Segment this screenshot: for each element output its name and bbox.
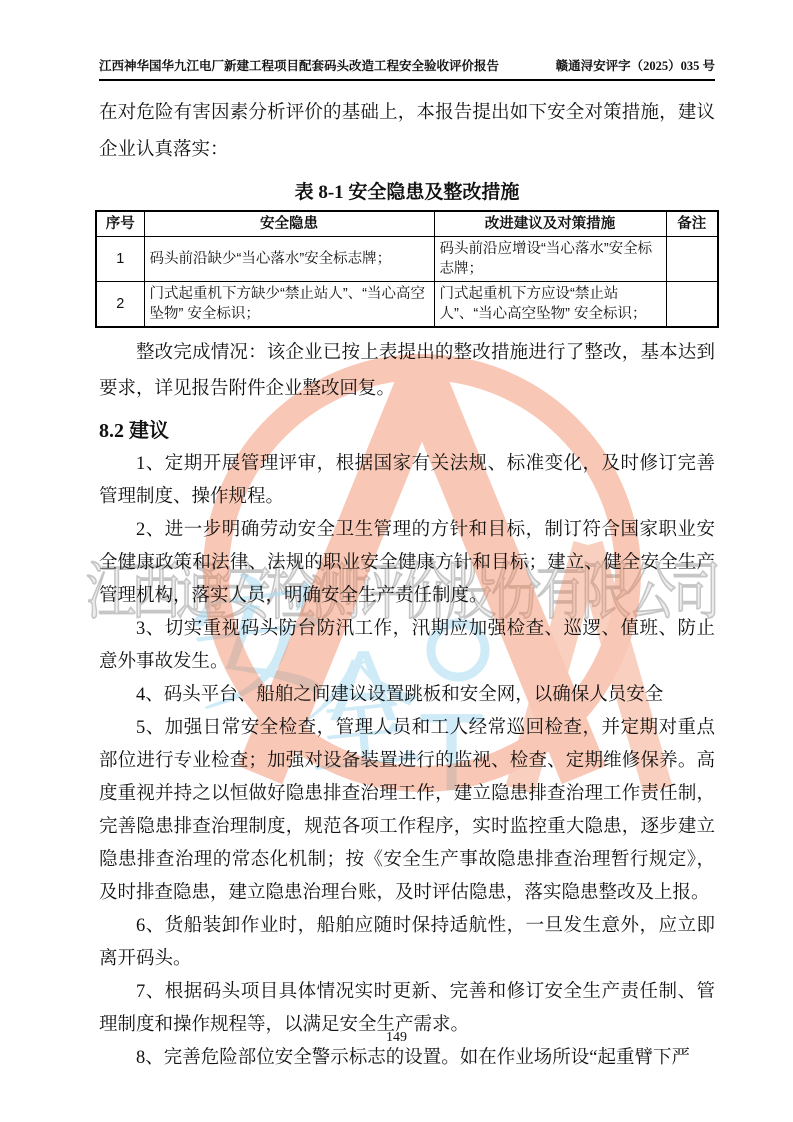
page-number: 149 (0, 1030, 793, 1046)
table-row: 2 门式起重机下方缺少“禁止站人”、“当心高空坠物” 安全标识； 门式起重机下方… (96, 282, 718, 328)
cell-measure: 门式起重机下方应设“禁止站人”、“当心高空坠物” 安全标识； (434, 282, 666, 328)
document-number: 赣通浔安评字（2025）035 号 (556, 56, 715, 74)
suggestion-item: 5、加强日常安全检查，管理人员和工人经常巡回检查，并定期对重点部位进行专业检查；… (99, 712, 715, 910)
cell-no: 2 (96, 282, 144, 328)
cell-measure: 码头前沿应增设“当心落水”安全标志牌； (434, 237, 666, 282)
cell-no: 1 (96, 237, 144, 282)
col-header-measure: 改进建议及对策措施 (434, 211, 666, 237)
cell-note (666, 282, 718, 328)
completion-paragraph: 整改完成情况：该企业已按上表提出的整改措施进行了整改，基本达到要求，详见报告附件… (99, 335, 715, 407)
page-header: 江西神华国华九江电厂新建工程项目配套码头改造工程安全验收评价报告 赣通浔安评字（… (99, 56, 715, 81)
suggestion-item: 3、切实重视码头防台防汛工作，汛期应加强检查、巡逻、值班、防止意外事故发生。 (99, 613, 715, 679)
table-caption: 表 8-1 安全隐患及整改措施 (99, 177, 715, 204)
section-heading: 8.2 建议 (99, 414, 715, 443)
hazards-table: 序号 安全隐患 改进建议及对策措施 备注 1 码头前沿缺少“当心落水”安全标志牌… (95, 210, 719, 328)
cell-hazard: 门式起重机下方缺少“禁止站人”、“当心高空坠物” 安全标识； (144, 282, 434, 328)
suggestion-item: 8、完善危险部位安全警示标志的设置。如在作业场所设“起重臂下严 (99, 1042, 715, 1075)
cell-note (666, 237, 718, 282)
suggestion-item: 2、进一步明确劳动安全卫生管理的方针和目标，制订符合国家职业安全健康政策和法律、… (99, 514, 715, 613)
report-page: 江西通安检测评价股份有限公司 江西神华国华九江电厂新建工程项目配套码头改造工程安… (0, 0, 793, 1122)
col-header-note: 备注 (666, 211, 718, 237)
table-header-row: 序号 安全隐患 改进建议及对策措施 备注 (96, 211, 718, 237)
cell-hazard: 码头前沿缺少“当心落水”安全标志牌； (144, 237, 434, 282)
report-title: 江西神华国华九江电厂新建工程项目配套码头改造工程安全验收评价报告 (99, 56, 499, 74)
suggestion-item: 6、货船装卸作业时，船舶应随时保持适航性，一旦发生意外，应立即离开码头。 (99, 910, 715, 976)
suggestion-item: 1、定期开展管理评审，根据国家有关法规、标准变化，及时修订完善管理制度、操作规程… (99, 448, 715, 514)
page-content: 江西神华国华九江电厂新建工程项目配套码头改造工程安全验收评价报告 赣通浔安评字（… (99, 56, 715, 1075)
col-header-no: 序号 (96, 211, 144, 237)
intro-paragraph: 在对危险有害因素分析评价的基础上，本报告提出如下安全对策措施，建议企业认真落实： (99, 95, 715, 169)
suggestion-item: 4、码头平台、船舶之间建议设置跳板和安全网，以确保人员安全 (99, 679, 715, 712)
col-header-hazard: 安全隐患 (144, 211, 434, 237)
table-row: 1 码头前沿缺少“当心落水”安全标志牌； 码头前沿应增设“当心落水”安全标志牌； (96, 237, 718, 282)
